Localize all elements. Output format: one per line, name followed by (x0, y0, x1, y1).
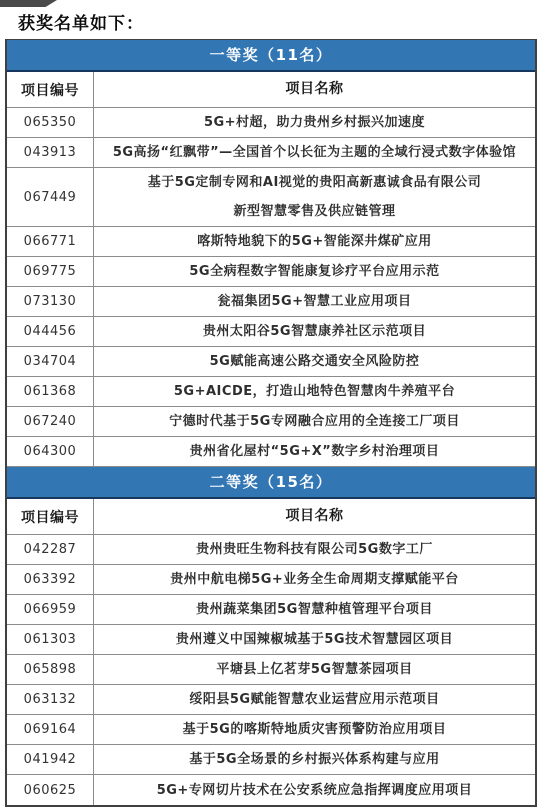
project-code-cell: 044456 (7, 317, 94, 346)
project-name-cell: 基于5G全场景的乡村振兴体系构建与应用 (94, 745, 535, 774)
column-header-code: 项目编号 (7, 499, 94, 534)
table-row: 069164基于5G的喀斯特地质灾害预警防治应用项目 (7, 715, 535, 745)
project-code-cell: 067449 (7, 168, 94, 226)
column-header-row: 项目编号项目名称 (7, 72, 535, 108)
project-code-cell: 041942 (7, 745, 94, 774)
section-header-bar: 二等奖（15名） (7, 467, 535, 499)
table-row: 0606255G+专网切片技术在公安系统应急指挥调度应用项目 (7, 775, 535, 805)
project-name-cell: 5G+专网切片技术在公安系统应急指挥调度应用项目 (94, 775, 535, 805)
column-header-row: 项目编号项目名称 (7, 499, 535, 535)
table-row: 066959贵州蔬菜集团5G智慧种植管理平台项目 (7, 595, 535, 625)
corner-decoration (0, 0, 57, 7)
column-header-code: 项目编号 (7, 72, 94, 107)
project-name-cell: 5G赋能高速公路交通安全风险防控 (94, 347, 535, 376)
table-row: 0347045G赋能高速公路交通安全风险防控 (7, 347, 535, 377)
project-name-cell: 瓮福集团5G+智慧工业应用项目 (94, 287, 535, 316)
page-title: 获奖名单如下： (18, 9, 542, 34)
project-name-cell: 绥阳县5G赋能智慧农业运营应用示范项目 (94, 685, 535, 714)
project-name-cell: 贵州遵义中国辣椒城基于5G技术智慧园区项目 (94, 625, 535, 654)
project-name-cell: 贵州贵旺生物科技有限公司5G数字工厂 (94, 535, 535, 564)
table-row: 044456贵州太阳谷5G智慧康养社区示范项目 (7, 317, 535, 347)
project-code-cell: 066771 (7, 227, 94, 256)
project-code-cell: 063392 (7, 565, 94, 594)
project-name-cell: 5G+AICDE，打造山地特色智慧肉牛养殖平台 (94, 377, 535, 406)
table-row: 0697755G全病程数字智能康复诊疗平台应用示范 (7, 257, 535, 287)
project-name-cell: 5G+村超，助力贵州乡村振兴加速度 (94, 108, 535, 137)
table-row: 0439135G高扬“红飘带”—全国首个以长征为主题的全域行浸式数字体验馆 (7, 138, 535, 168)
project-code-cell: 069164 (7, 715, 94, 744)
project-name-cell: 贵州太阳谷5G智慧康养社区示范项目 (94, 317, 535, 346)
column-header-name: 项目名称 (94, 499, 535, 534)
project-name-cell: 贵州省化屋村“5G+X”数字乡村治理项目 (94, 437, 535, 466)
project-name-cell: 喀斯特地貌下的5G+智能深井煤矿应用 (94, 227, 535, 256)
table-row: 067240宁德时代基于5G专网融合应用的全连接工厂项目 (7, 407, 535, 437)
project-code-cell: 061368 (7, 377, 94, 406)
project-code-cell: 064300 (7, 437, 94, 466)
page: 获奖名单如下： 一等奖（11名）项目编号项目名称0653505G+村超，助力贵州… (0, 9, 542, 807)
project-code-cell: 034704 (7, 347, 94, 376)
award-table: 一等奖（11名）项目编号项目名称0653505G+村超，助力贵州乡村振兴加速度0… (5, 39, 537, 807)
project-name-cell: 平塘县上亿茗芽5G智慧茶园项目 (94, 655, 535, 684)
table-row: 066771喀斯特地貌下的5G+智能深井煤矿应用 (7, 227, 535, 257)
table-row: 0613685G+AICDE，打造山地特色智慧肉牛养殖平台 (7, 377, 535, 407)
project-name-cell: 基于5G定制专网和AI视觉的贵阳高新惠诚食品有限公司 新型智慧零售及供应链管理 (94, 168, 535, 226)
project-code-cell: 060625 (7, 775, 94, 805)
project-name-cell: 基于5G的喀斯特地质灾害预警防治应用项目 (94, 715, 535, 744)
table-row: 065898平塘县上亿茗芽5G智慧茶园项目 (7, 655, 535, 685)
section-header-bar: 一等奖（11名） (7, 40, 535, 72)
table-row: 041942基于5G全场景的乡村振兴体系构建与应用 (7, 745, 535, 775)
project-name-cell: 贵州中航电梯5G+业务全生命周期支撑赋能平台 (94, 565, 535, 594)
project-code-cell: 065898 (7, 655, 94, 684)
table-row: 063132绥阳县5G赋能智慧农业运营应用示范项目 (7, 685, 535, 715)
project-name-cell: 5G高扬“红飘带”—全国首个以长征为主题的全域行浸式数字体验馆 (94, 138, 535, 167)
table-row: 063392贵州中航电梯5G+业务全生命周期支撑赋能平台 (7, 565, 535, 595)
project-code-cell: 043913 (7, 138, 94, 167)
table-row: 073130瓮福集团5G+智慧工业应用项目 (7, 287, 535, 317)
project-name-cell: 宁德时代基于5G专网融合应用的全连接工厂项目 (94, 407, 535, 436)
table-row: 042287贵州贵旺生物科技有限公司5G数字工厂 (7, 535, 535, 565)
project-name-cell: 5G全病程数字智能康复诊疗平台应用示范 (94, 257, 535, 286)
project-code-cell: 067240 (7, 407, 94, 436)
project-code-cell: 042287 (7, 535, 94, 564)
project-code-cell: 073130 (7, 287, 94, 316)
table-row: 0653505G+村超，助力贵州乡村振兴加速度 (7, 108, 535, 138)
project-name-cell: 贵州蔬菜集团5G智慧种植管理平台项目 (94, 595, 535, 624)
project-code-cell: 061303 (7, 625, 94, 654)
project-code-cell: 069775 (7, 257, 94, 286)
table-row: 067449基于5G定制专网和AI视觉的贵阳高新惠诚食品有限公司 新型智慧零售及… (7, 168, 535, 227)
project-code-cell: 063132 (7, 685, 94, 714)
column-header-name: 项目名称 (94, 72, 535, 107)
project-code-cell: 066959 (7, 595, 94, 624)
project-code-cell: 065350 (7, 108, 94, 137)
table-row: 064300贵州省化屋村“5G+X”数字乡村治理项目 (7, 437, 535, 467)
table-row: 061303贵州遵义中国辣椒城基于5G技术智慧园区项目 (7, 625, 535, 655)
